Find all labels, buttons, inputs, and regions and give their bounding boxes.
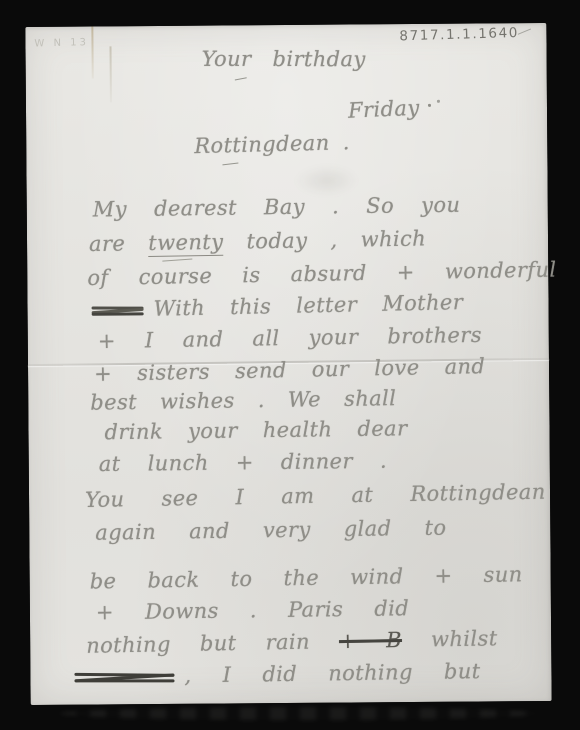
photographed-letter-page: { "colors": { "background": "#0a0a0a", "… xyxy=(0,0,580,730)
letter-place-line: Rottingdean . xyxy=(194,130,350,158)
line-text: + sisters send our love and xyxy=(94,354,486,386)
line-text: today , which xyxy=(223,226,426,253)
line-text: You see I am at Rottingdean xyxy=(85,480,546,512)
underlined-word: twenty xyxy=(148,230,223,257)
letter-line: You see I am at Rottingdean xyxy=(85,480,546,512)
scribble-stroke xyxy=(92,312,144,315)
letter-line: be back to the wind + sun xyxy=(90,562,523,593)
tape-stain-mark xyxy=(91,27,93,79)
letter-line: , I did nothing but xyxy=(74,659,480,689)
letter-line: best wishes . We shall xyxy=(90,386,396,415)
letter-line: of course is absurd + wonderful xyxy=(87,257,557,290)
letter-heading: Your birthday xyxy=(202,47,366,71)
line-text: , I did nothing but xyxy=(184,659,480,687)
line-text: + I and all your brothers xyxy=(98,323,482,353)
line-text: at lunch + dinner . xyxy=(99,449,388,476)
struck-out-scribble xyxy=(74,670,174,685)
line-text: are xyxy=(89,231,149,256)
underline-mark xyxy=(235,77,247,80)
letter-line: My dearest Bay . So you xyxy=(93,193,461,222)
letter-line: + Downs . Paris did xyxy=(96,596,409,624)
letter-line: + sisters send our love and xyxy=(94,354,486,386)
line-text: best wishes . We shall xyxy=(90,386,396,415)
pencil-tick-mark xyxy=(518,29,531,35)
line-text: drink your health dear xyxy=(104,416,407,444)
letter-line: at lunch + dinner . xyxy=(99,449,388,476)
letter-line: are twenty today , which xyxy=(89,226,426,256)
letter-line: With this letter Mother xyxy=(91,290,463,322)
line-text: of course is absurd + wonderful xyxy=(87,257,557,290)
next-page-ghost-text xyxy=(60,707,540,720)
line-text: whilst xyxy=(402,626,498,652)
line-text: nothing but rain xyxy=(86,629,339,658)
letter-sheet: W N 13 8717.1.1.1640 Your birthday Frida… xyxy=(25,23,551,705)
line-text: My dearest Bay . So you xyxy=(93,193,461,222)
letter-line: drink your health dear xyxy=(104,416,407,444)
ink-dots xyxy=(428,104,431,107)
line-text: again and very glad to xyxy=(95,516,446,545)
letter-line: again and very glad to xyxy=(95,516,446,545)
line-text: be back to the wind + sun xyxy=(90,562,523,593)
struck-out-word: + B xyxy=(339,628,402,653)
archive-corner-mark: W N 13 xyxy=(34,37,89,49)
tape-stain-mark xyxy=(110,46,112,102)
paper-smudge xyxy=(294,164,358,197)
struck-out-scribble xyxy=(91,303,143,318)
line-text: + Downs . Paris did xyxy=(96,596,409,624)
catalog-number: 8717.1.1.1640 xyxy=(399,25,519,44)
letter-line: nothing but rain + B whilst xyxy=(86,626,498,658)
letter-date-line: Friday xyxy=(348,96,421,123)
scribble-stroke xyxy=(75,679,175,682)
letter-line: + I and all your brothers xyxy=(98,323,482,353)
underline-mark xyxy=(222,163,238,166)
line-text: With this letter Mother xyxy=(153,290,463,321)
